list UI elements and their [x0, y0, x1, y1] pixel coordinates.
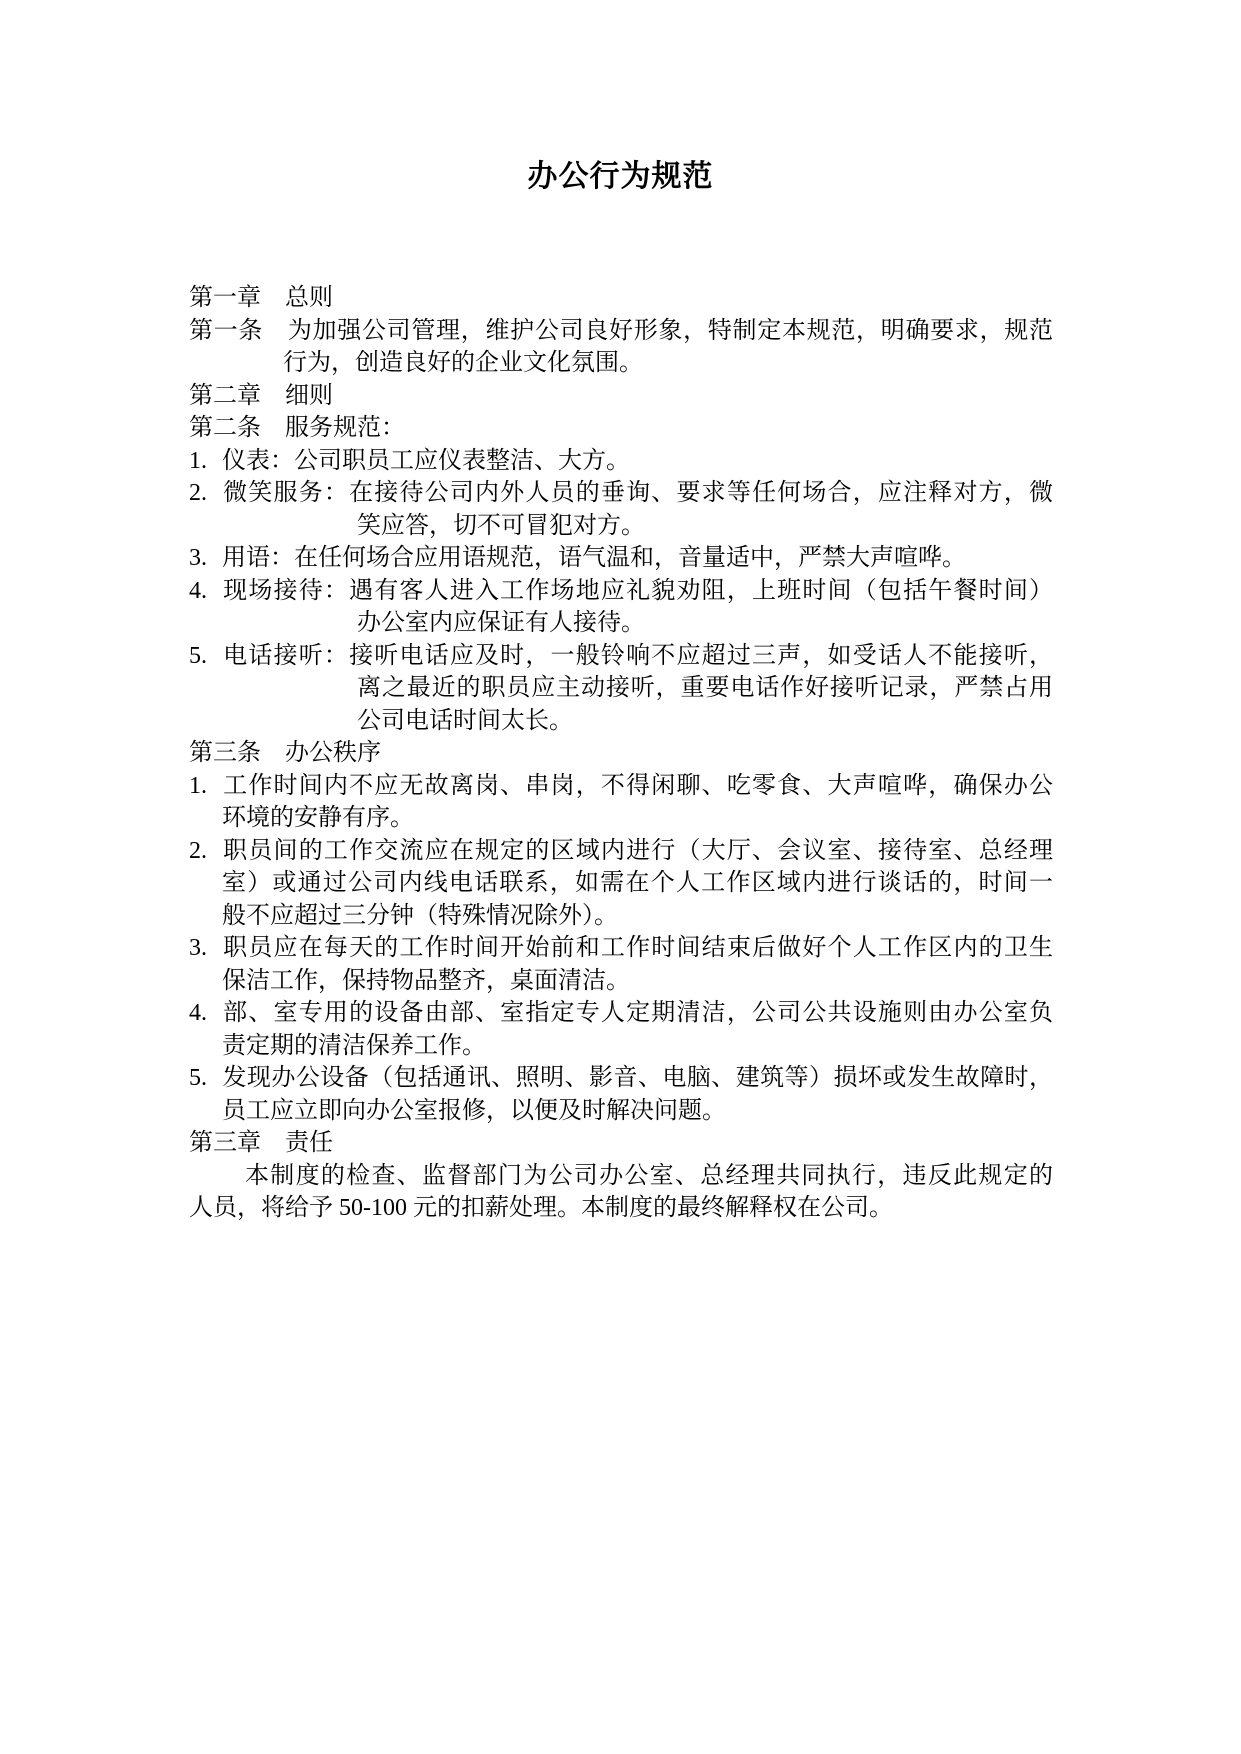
item-number: 4.	[189, 997, 222, 1030]
item-text: 现场接待：遇有客人进入工作场地应礼貌劝阻，上班时间（包括午餐时间）	[222, 578, 1053, 604]
list-item-line: 3.用语：在任何场合应用语规范，语气温和，音量适中，严禁大声喧哗。	[189, 542, 1053, 575]
list-item-line: 3.职员应在每天的工作时间开始前和工作时间结束后做好个人工作区内的卫生	[189, 932, 1053, 965]
item-text: 电话接听：接听电话应及时，一般铃响不应超过三声，如受话人不能接听，	[222, 643, 1053, 669]
document-body: 第一章 总则 第一条 为加强公司管理，维护公司良好形象，特制定本规范，明确要求，…	[189, 282, 1053, 1225]
list-item-line: 5.电话接听：接听电话应及时，一般铃响不应超过三声，如受话人不能接听，	[189, 640, 1053, 673]
chapter-heading: 第三章 责任	[189, 1127, 1053, 1160]
continuation-line: 行为，创造良好的企业文化氛围。	[189, 347, 1053, 380]
document-title: 办公行为规范	[0, 0, 1241, 197]
continuation-line: 笑应答，切不可冒犯对方。	[189, 510, 1053, 543]
item-number: 2.	[189, 835, 222, 868]
chapter-heading: 第一章 总则	[189, 282, 1053, 315]
item-number: 3.	[189, 932, 222, 965]
item-number: 4.	[189, 575, 222, 608]
item-number: 1.	[189, 445, 222, 478]
continuation-line: 离之最近的职员应主动接听，重要电话作好接听记录，严禁占用	[189, 672, 1053, 705]
article-paragraph-line: 第一条 为加强公司管理，维护公司良好形象，特制定本规范，明确要求，规范	[189, 315, 1053, 348]
chapter-heading: 第二章 细则	[189, 380, 1053, 413]
list-item-line: 1.仪表：公司职员工应仪表整洁、大方。	[189, 445, 1053, 478]
item-number: 2.	[189, 477, 222, 510]
item-number: 5.	[189, 1062, 222, 1095]
item-text: 部、室专用的设备由部、室指定专人定期清洁，公司公共设施则由办公室负	[222, 1000, 1053, 1026]
list-item-line: 4.部、室专用的设备由部、室指定专人定期清洁，公司公共设施则由办公室负	[189, 997, 1053, 1030]
document-page: 办公行为规范 第一章 总则 第一条 为加强公司管理，维护公司良好形象，特制定本规…	[0, 0, 1241, 1754]
continuation-line: 般不应超过三分钟（特殊情况除外）。	[189, 900, 1053, 933]
article-heading: 第二条 服务规范：	[189, 412, 1053, 445]
continuation-line: 责定期的清洁保养工作。	[189, 1030, 1053, 1063]
item-text: 职员应在每天的工作时间开始前和工作时间结束后做好个人工作区内的卫生	[222, 935, 1053, 961]
article-heading: 第三条 办公秩序	[189, 737, 1053, 770]
item-text: 工作时间内不应无故离岗、串岗，不得闲聊、吃零食、大声喧哗，确保办公	[222, 773, 1053, 799]
continuation-line: 员工应立即向办公室报修，以便及时解决问题。	[189, 1095, 1053, 1128]
list-item-line: 1.工作时间内不应无故离岗、串岗，不得闲聊、吃零食、大声喧哗，确保办公	[189, 770, 1053, 803]
list-item-line: 5.发现办公设备（包括通讯、照明、影音、电脑、建筑等）损坏或发生故障时，	[189, 1062, 1053, 1095]
item-text: 职员间的工作交流应在规定的区域内进行（大厅、会议室、接待室、总经理	[222, 838, 1053, 864]
item-text: 微笑服务：在接待公司内外人员的垂询、要求等任何场合，应注释对方，微	[222, 480, 1053, 506]
paragraph-line: 人员，将给予 50-100 元的扣薪处理。本制度的最终解释权在公司。	[189, 1192, 1053, 1225]
item-number: 5.	[189, 640, 222, 673]
list-item-line: 2.职员间的工作交流应在规定的区域内进行（大厅、会议室、接待室、总经理	[189, 835, 1053, 868]
item-text: 仪表：公司职员工应仪表整洁、大方。	[222, 448, 630, 474]
continuation-line: 室）或通过公司内线电话联系，如需在个人工作区域内进行谈话的，时间一	[189, 867, 1053, 900]
item-text: 发现办公设备（包括通讯、照明、影音、电脑、建筑等）损坏或发生故障时，	[222, 1065, 1053, 1091]
item-text: 用语：在任何场合应用语规范，语气温和，音量适中，严禁大声喧哗。	[222, 545, 966, 571]
paragraph-line: 本制度的检查、监督部门为公司办公室、总经理共同执行，违反此规定的	[189, 1160, 1053, 1193]
item-number: 1.	[189, 770, 222, 803]
list-item-line: 4.现场接待：遇有客人进入工作场地应礼貌劝阻，上班时间（包括午餐时间）	[189, 575, 1053, 608]
continuation-line: 环境的安静有序。	[189, 802, 1053, 835]
item-number: 3.	[189, 542, 222, 575]
continuation-line: 保洁工作，保持物品整齐，桌面清洁。	[189, 965, 1053, 998]
continuation-line: 公司电话时间太长。	[189, 705, 1053, 738]
list-item-line: 2.微笑服务：在接待公司内外人员的垂询、要求等任何场合，应注释对方，微	[189, 477, 1053, 510]
continuation-line: 办公室内应保证有人接待。	[189, 607, 1053, 640]
